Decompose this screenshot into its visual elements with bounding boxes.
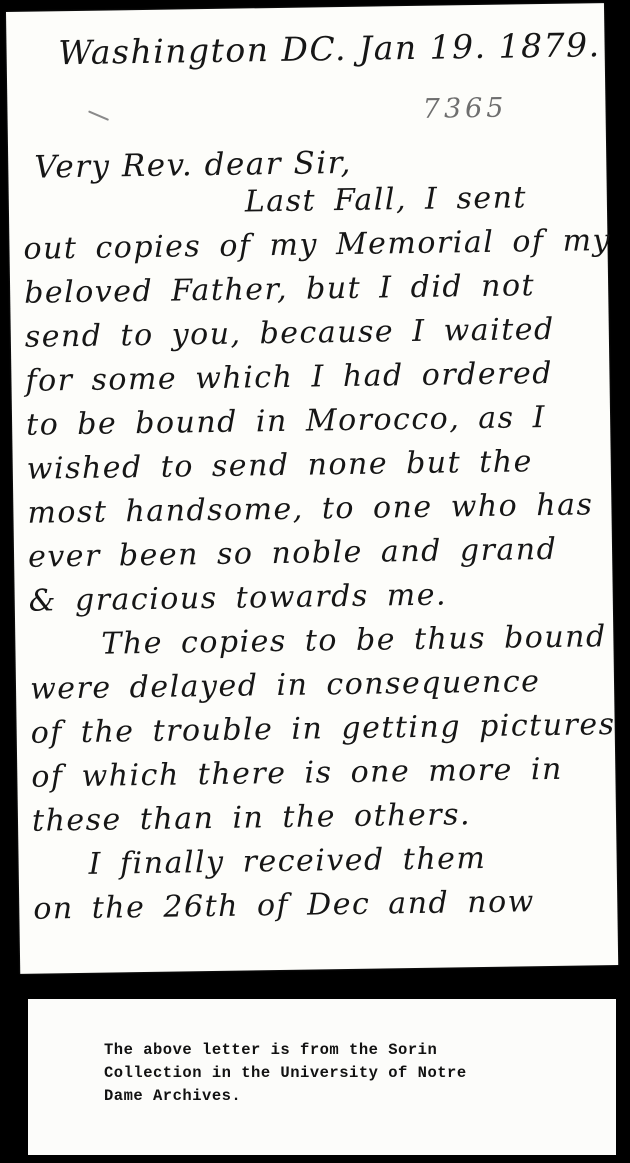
scan-divider-gap [0, 975, 630, 999]
caption-line: Dame Archives. [104, 1085, 467, 1108]
caption-line: The above letter is from the Sorin [104, 1039, 467, 1062]
letter-dateline: Washington DC. Jan 19. 1879. [6, 25, 601, 73]
letter-line: of which there is one more in [31, 747, 610, 800]
archive-caption-text: The above letter is from the Sorin Colle… [104, 1039, 467, 1108]
scanned-letter-canvas: Washington DC. Jan 19. 1879. 7365 Very R… [0, 0, 630, 1163]
letter-body: Last Fall, I sent out copies of my Memor… [23, 175, 612, 931]
pencil-archive-number: 7365 [423, 93, 508, 125]
pencil-stray-mark [88, 110, 109, 120]
caption-line: Collection in the University of Notre [104, 1062, 467, 1085]
letter-line: ever been so noble and grand [28, 527, 607, 580]
letter-page: Washington DC. Jan 19. 1879. 7365 Very R… [6, 3, 618, 974]
letter-line: on the 26th of Dec and now [33, 879, 612, 932]
archive-caption-box: The above letter is from the Sorin Colle… [28, 999, 616, 1155]
